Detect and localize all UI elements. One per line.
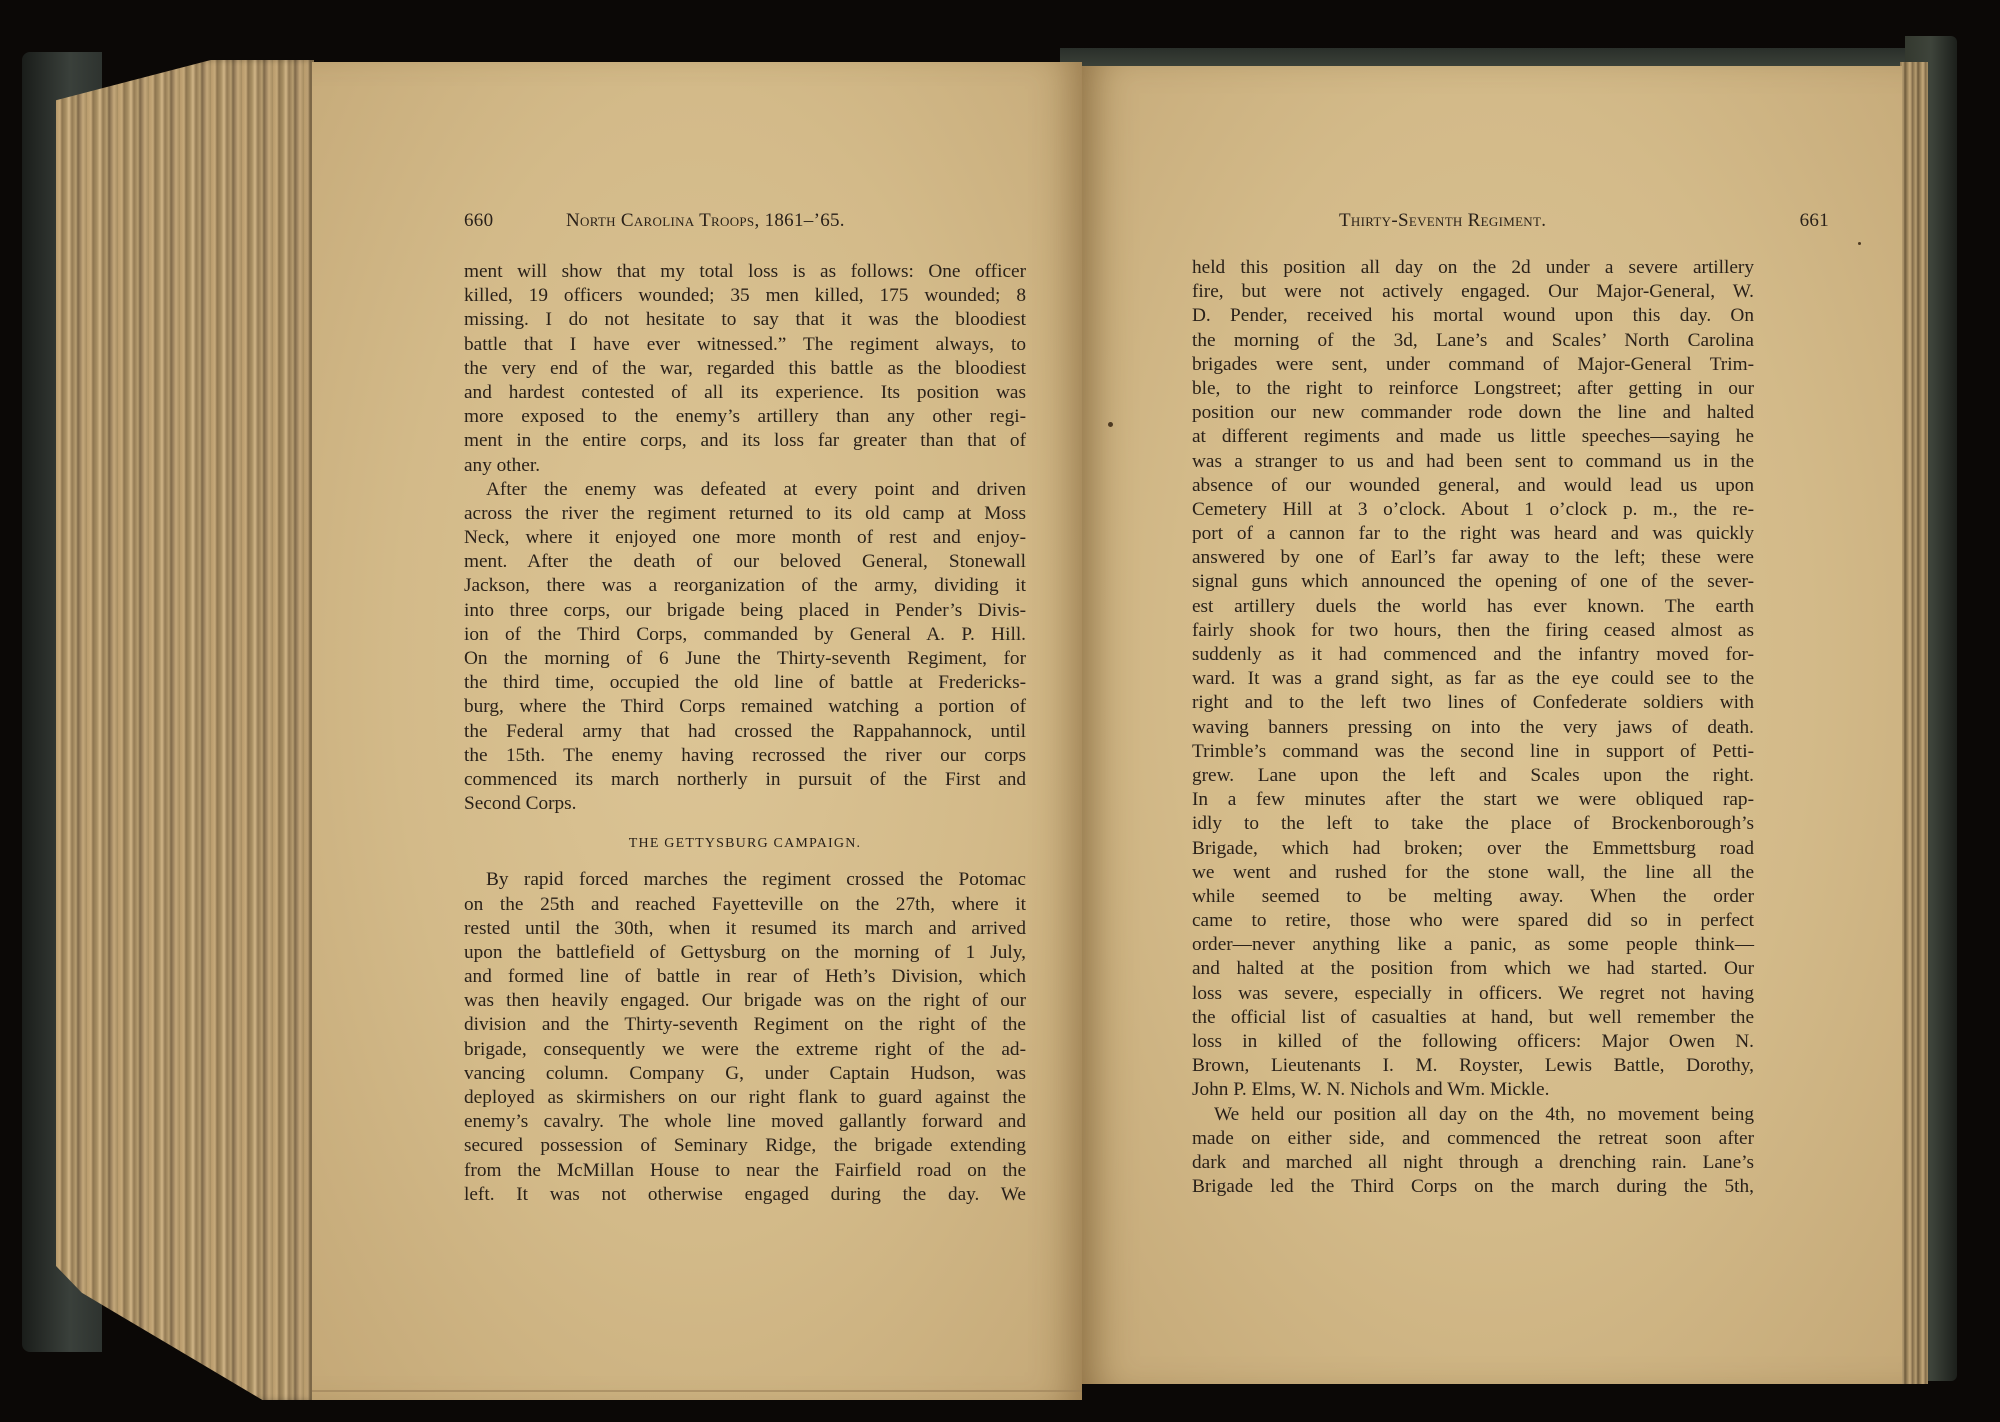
text-line: the morning of the 3d, Lane’s and Scales… [1192,329,1754,353]
text-line: Jackson, there was a reorganization of t… [464,574,1026,598]
right-page: Thirty-Seventh Regiment. 661 held this p… [1082,66,1902,1384]
text-line: and hardest contested of all its experie… [464,381,1026,405]
text-line: By rapid forced marches the regiment cro… [464,868,1026,892]
text-line: the Federal army that had crossed the Ra… [464,720,1026,744]
paragraph: ment will show that my total loss is as … [464,260,1026,478]
text-line: deployed as skirmishers on our right fla… [464,1086,1026,1110]
page-edges-left [56,60,314,1400]
text-line: est artillery duels the world has ever k… [1192,595,1754,619]
text-line: vancing column. Company G, under Captain… [464,1062,1026,1086]
text-line: Brigade led the Third Corps on the march… [1192,1175,1754,1199]
text-line: We held our position all day on the 4th,… [1192,1103,1754,1127]
text-line: grew. Lane upon the left and Scales upon… [1192,764,1754,788]
book-cover-top [1060,48,1955,68]
running-head-title: North Carolina Troops, 1861–’65. [566,210,845,232]
left-page: 660 North Carolina Troops, 1861–’65. men… [312,62,1082,1400]
text-line: commenced its march northerly in pursuit… [464,768,1026,792]
text-line: Brown, Lieutenants I. M. Royster, Lewis … [1192,1054,1754,1078]
text-line: brigades were sent, under command of Maj… [1192,353,1754,377]
text-line: and halted at the position from which we… [1192,957,1754,981]
text-line: waving banners pressing on into the very… [1192,716,1754,740]
text-line: signal guns which announced the opening … [1192,570,1754,594]
page-edges-right [1900,62,1928,1384]
text-line: the very end of the war, regarded this b… [464,357,1026,381]
text-line: In a few minutes after the start we were… [1192,788,1754,812]
text-line: Brigade, which had broken; over the Emme… [1192,837,1754,861]
text-line: ment will show that my total loss is as … [464,260,1026,284]
text-line: John P. Elms, W. N. Nichols and Wm. Mick… [1192,1078,1754,1102]
text-line: Cemetery Hill at 3 o’clock. About 1 o’cl… [1192,498,1754,522]
text-line: the third time, occupied the old line of… [464,671,1026,695]
text-line: On the morning of 6 June the Thirty-seve… [464,647,1026,671]
text-line: across the river the regiment returned t… [464,502,1026,526]
text-line: we went and rushed for the stone wall, t… [1192,861,1754,885]
text-line: ment in the entire corps, and its loss f… [464,429,1026,453]
right-page-body: held this position all day on the 2d und… [1192,256,1754,1199]
text-line: division and the Thirty-seventh Regiment… [464,1013,1026,1037]
text-line: right and to the left two lines of Confe… [1192,691,1754,715]
text-line: dark and marched all night through a dre… [1192,1151,1754,1175]
text-line: came to retire, those who were spared di… [1192,909,1754,933]
text-line: ion of the Third Corps, commanded by Gen… [464,623,1026,647]
paper-blemish [1858,242,1861,245]
text-line: port of a cannon far to the right was he… [1192,522,1754,546]
paper-blemish [1108,422,1113,427]
text-line: into three corps, our brigade being plac… [464,599,1026,623]
text-line: the 15th. The enemy having recrossed the… [464,744,1026,768]
text-line: brigade, consequently we were the extrem… [464,1038,1026,1062]
text-line: was a stranger to us and had been sent t… [1192,450,1754,474]
text-line: left. It was not otherwise engaged durin… [464,1183,1026,1207]
right-running-header: Thirty-Seventh Regiment. 661 [1192,210,1829,240]
text-line: position our new commander rode down the… [1192,401,1754,425]
text-line: while seemed to be melting away. When th… [1192,885,1754,909]
left-page-body: ment will show that my total loss is as … [464,260,1026,1207]
text-line: answered by one of Earl’s far away to th… [1192,546,1754,570]
text-line: ble, to the right to reinforce Longstree… [1192,377,1754,401]
text-line: secured possession of Seminary Ridge, th… [464,1134,1026,1158]
section-heading: THE GETTYSBURG CAMPAIGN. [464,820,1026,868]
text-line: upon the battlefield of Gettysburg on th… [464,941,1026,965]
text-line: fire, but were not actively engaged. Our… [1192,280,1754,304]
text-line: Neck, where it enjoyed one more month of… [464,526,1026,550]
page-number: 660 [464,210,493,232]
running-head-title: Thirty-Seventh Regiment. [1339,210,1546,232]
text-line: and formed line of battle in rear of Het… [464,965,1026,989]
paragraph: held this position all day on the 2d und… [1192,256,1754,1103]
text-line: After the enemy was defeated at every po… [464,478,1026,502]
text-line: at different regiments and made us littl… [1192,425,1754,449]
text-line: rested until the 30th, when it resumed i… [464,917,1026,941]
paragraph: After the enemy was defeated at every po… [464,478,1026,817]
text-line: ment. After the death of our beloved Gen… [464,550,1026,574]
text-line: D. Pender, received his mortal wound upo… [1192,304,1754,328]
text-line: battle that I have ever witnessed.” The … [464,333,1026,357]
text-line: more exposed to the enemy’s artillery th… [464,405,1026,429]
page-number: 661 [1800,210,1829,232]
text-line: from the McMillan House to near the Fair… [464,1159,1026,1183]
text-line: on the 25th and reached Fayetteville on … [464,893,1026,917]
paragraph: By rapid forced marches the regiment cro… [464,868,1026,1207]
text-line: order—never anything like a panic, as so… [1192,933,1754,957]
text-line: suddenly as it had commenced and the inf… [1192,643,1754,667]
text-line: idly to the left to take the place of Br… [1192,812,1754,836]
text-line: fairly shook for two hours, then the fir… [1192,619,1754,643]
text-line: any other. [464,454,1026,478]
text-line: loss was severe, especially in officers.… [1192,982,1754,1006]
text-line: made on either side, and commenced the r… [1192,1127,1754,1151]
text-line: loss in killed of the following officers… [1192,1030,1754,1054]
text-line: burg, where the Third Corps remained wat… [464,695,1026,719]
text-line: absence of our wounded general, and woul… [1192,474,1754,498]
text-line: held this position all day on the 2d und… [1192,256,1754,280]
text-line: Trimble’s command was the second line in… [1192,740,1754,764]
left-running-header: 660 North Carolina Troops, 1861–’65. [464,210,1074,240]
text-line: killed, 19 officers wounded; 35 men kill… [464,284,1026,308]
text-line: the official list of casualties at hand,… [1192,1006,1754,1030]
text-line: was then heavily engaged. Our brigade wa… [464,989,1026,1013]
text-line: Second Corps. [464,792,1026,816]
text-line: missing. I do not hesitate to say that i… [464,308,1026,332]
text-line: enemy’s cavalry. The whole line moved ga… [464,1110,1026,1134]
paragraph: We held our position all day on the 4th,… [1192,1103,1754,1200]
text-line: ward. It was a grand sight, as far as th… [1192,667,1754,691]
